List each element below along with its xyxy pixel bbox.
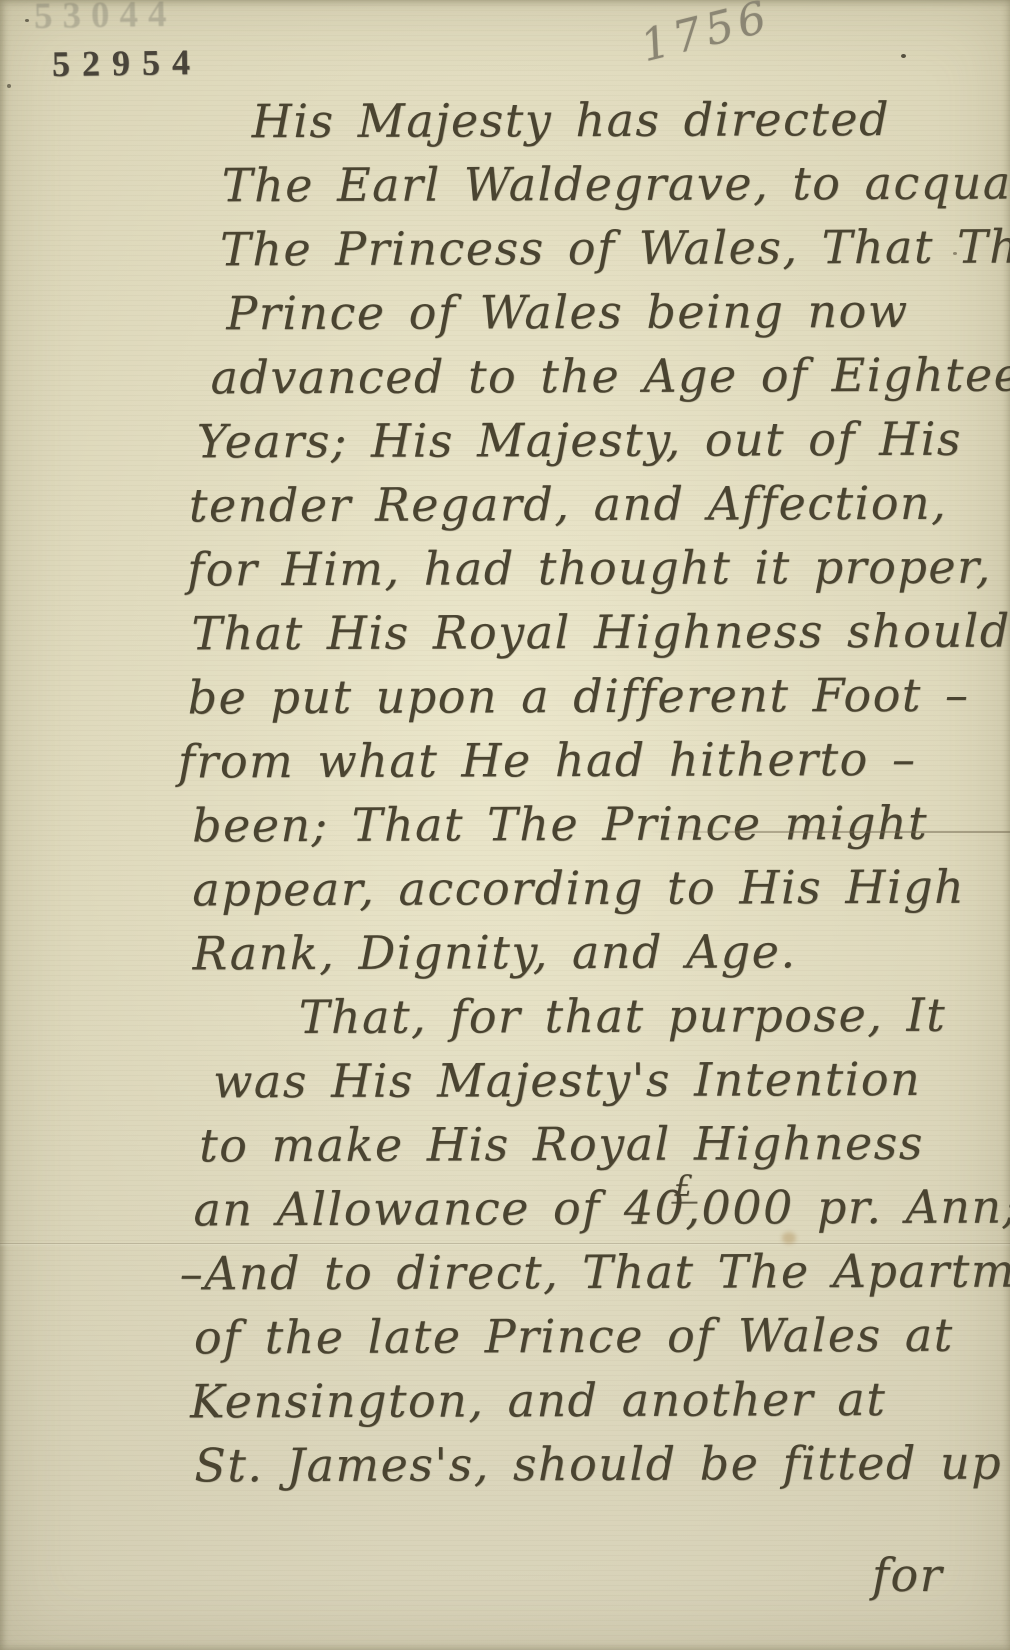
ink-speck <box>901 54 906 58</box>
text-line: St. James's, should be fitted up <box>194 1431 1010 1498</box>
per-annum-text: pr. Ann; <box>794 1180 1010 1235</box>
text-line: That His Royal Highness should <box>191 599 1010 666</box>
text-line: Years; His Majesty, out of His <box>197 407 1010 474</box>
text-line: The Princess of Wales, That The <box>220 215 1010 282</box>
archive-number-stamp: 52954 <box>52 41 203 85</box>
text-line: for Him, had thought it proper, <box>187 535 1010 602</box>
faded-number-stamp: 53044 <box>34 0 177 38</box>
text-line: Kensington, and another at <box>190 1367 1010 1434</box>
text-line: was His Majesty's Intention <box>213 1047 1010 1114</box>
text-line: advanced to the Age of Eighteen <box>210 343 1010 410</box>
text-line-allowance: an Allowance of 40,000£ pr. Ann; <box>193 1175 1010 1242</box>
pound-sterling-superscript: £ <box>671 1172 697 1204</box>
ink-speck <box>25 19 29 22</box>
text-line: appear, according to His High <box>192 855 1010 922</box>
letter-text-block: His Majesty has directed The Earl Waldeg… <box>176 87 1010 1498</box>
allowance-amount-text: an Allowance of 40,000 <box>193 1180 794 1236</box>
ink-speck <box>7 84 11 88</box>
text-line: Prince of Wales being now <box>226 279 1010 346</box>
year-annotation-pencil: 1756 <box>636 0 776 72</box>
text-line: to make His Royal Highness <box>199 1111 1010 1178</box>
text-line: be put upon a different Foot – <box>188 663 1010 730</box>
text-line: His Majesty has directed <box>252 87 1010 154</box>
text-line: been; That The Prince might <box>192 791 1010 858</box>
catchword: for <box>872 1548 943 1602</box>
text-line: Rank, Dignity, and Age. <box>192 919 1010 986</box>
text-line: That, for that purpose, It <box>299 983 1010 1050</box>
text-line: from what He had hitherto – <box>178 727 1010 794</box>
text-line: The Earl Waldegrave, to acquaint <box>222 151 1010 218</box>
text-line: tender Regard, and Affection, <box>189 471 1010 538</box>
manuscript-page: 53044 52954 1756 His Majesty has directe… <box>0 0 1010 1650</box>
text-line: of the late Prince of Wales at <box>194 1303 1010 1370</box>
paper-stain <box>782 1232 796 1244</box>
text-line: –And to direct, That The Apartment <box>180 1239 1010 1306</box>
